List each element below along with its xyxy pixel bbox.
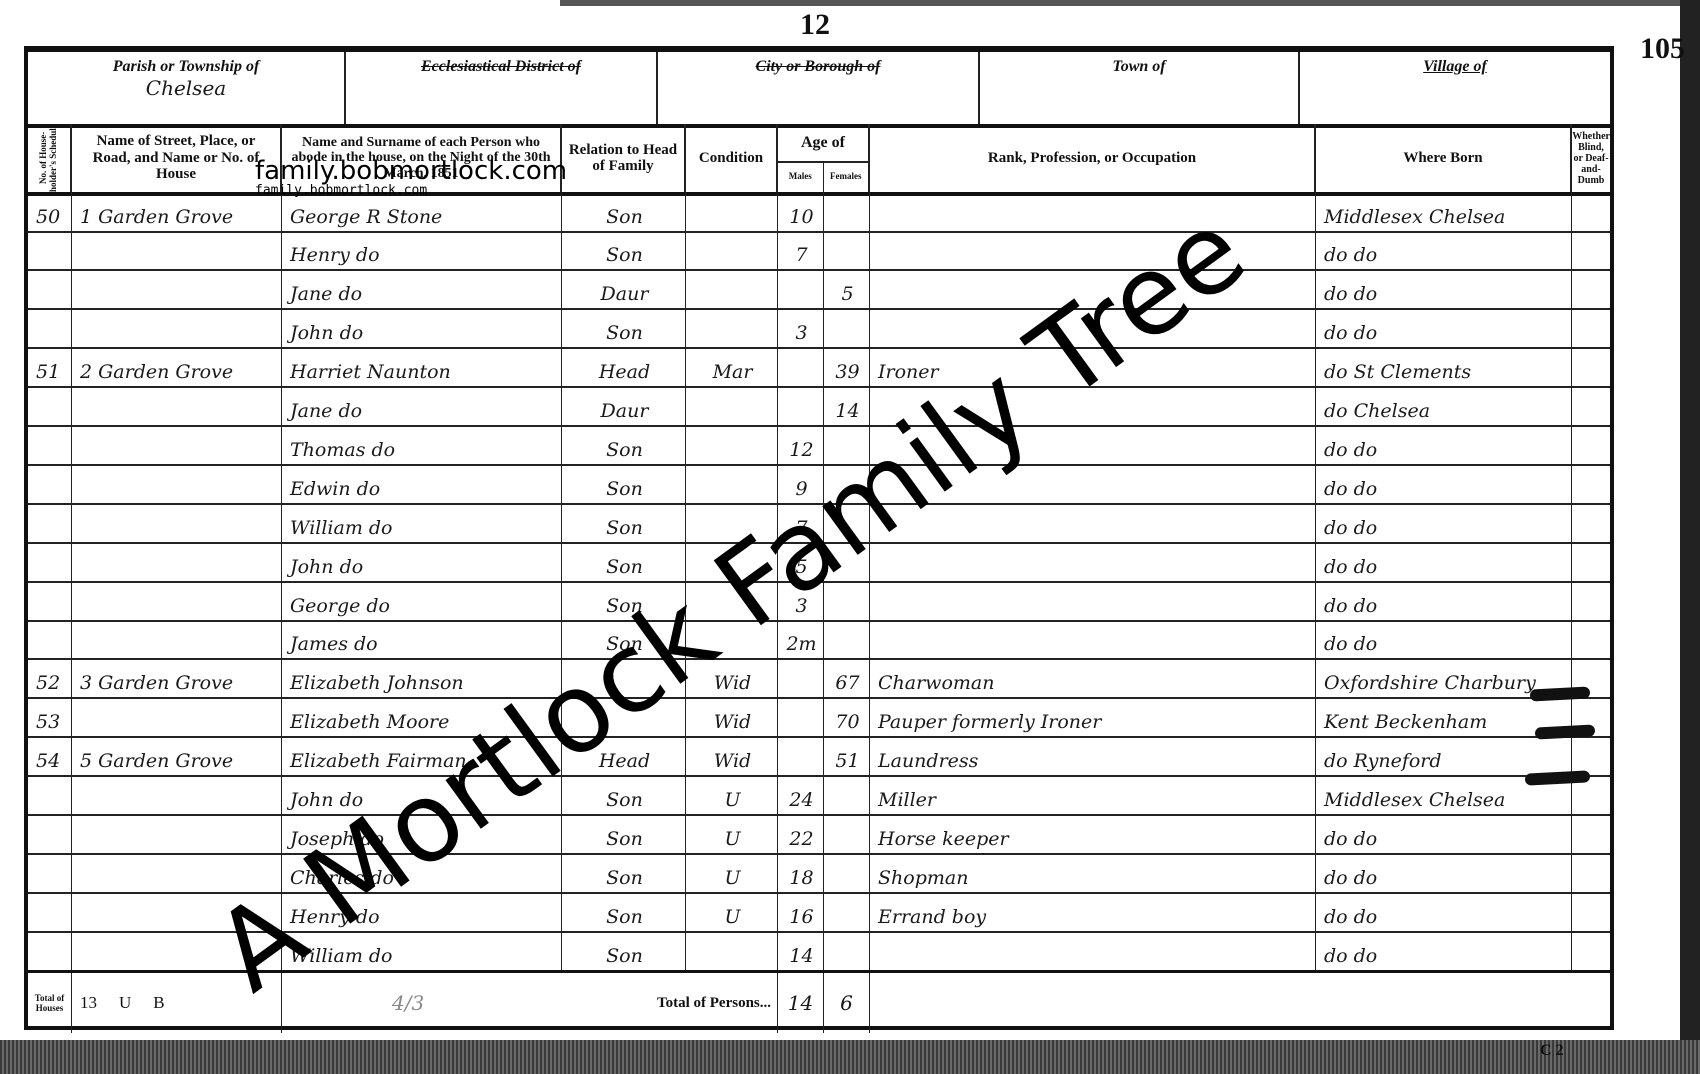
cell-occupation: Miller bbox=[870, 776, 1316, 815]
cell-condition: U bbox=[686, 853, 778, 892]
cell-male-age: 10 bbox=[778, 192, 824, 231]
cell-female-age bbox=[824, 853, 870, 892]
houses-count: 13 bbox=[80, 993, 97, 1013]
cell-blind bbox=[1572, 853, 1610, 892]
cell-male-age: 24 bbox=[778, 776, 824, 815]
footer-mark: C 2 bbox=[1540, 1042, 1564, 1060]
cell-street bbox=[72, 309, 282, 348]
folio-number-right: 105 bbox=[1640, 32, 1685, 66]
cell-condition bbox=[686, 231, 778, 270]
cell-born: do do bbox=[1316, 425, 1572, 464]
cell-condition bbox=[686, 309, 778, 348]
table-row: Jane doDaur5do do bbox=[28, 270, 1610, 311]
town-label: Town of bbox=[980, 52, 1300, 124]
cell-relation: Son bbox=[562, 309, 686, 348]
table-row: John doSon3do do bbox=[28, 309, 1610, 350]
cell-relation: Son bbox=[562, 192, 686, 231]
cell-schedule: 52 bbox=[28, 659, 72, 698]
watermark-url-large: family.bobmortlock.com bbox=[255, 156, 567, 186]
col-blind: Whether Blind, or Deaf-and-Dumb bbox=[1572, 124, 1610, 192]
cell-female-age bbox=[824, 892, 870, 931]
cell-schedule bbox=[28, 931, 72, 970]
cell-male-age bbox=[778, 737, 824, 776]
cell-street bbox=[72, 620, 282, 659]
cell-male-age bbox=[778, 387, 824, 426]
cell-street: 1 Garden Grove bbox=[72, 192, 282, 231]
cell-condition bbox=[686, 931, 778, 970]
cell-schedule bbox=[28, 387, 72, 426]
cell-condition bbox=[686, 425, 778, 464]
table-row: Jane doDaur14do Chelsea bbox=[28, 387, 1610, 428]
cell-street bbox=[72, 814, 282, 853]
cell-born: do do bbox=[1316, 231, 1572, 270]
total-persons-cell: 4/3 Total of Persons... bbox=[282, 973, 778, 1033]
cell-street: 5 Garden Grove bbox=[72, 737, 282, 776]
cell-street bbox=[72, 387, 282, 426]
cell-relation: Son bbox=[562, 814, 686, 853]
cell-schedule bbox=[28, 892, 72, 931]
cell-born: do Chelsea bbox=[1316, 387, 1572, 426]
scan-bottom-edge bbox=[0, 1040, 1700, 1074]
admin-header: Parish or Township of Chelsea Ecclesiast… bbox=[28, 52, 1610, 128]
cell-born: Kent Beckenham bbox=[1316, 698, 1572, 737]
cell-occupation: Errand boy bbox=[870, 892, 1316, 931]
cell-schedule bbox=[28, 581, 72, 620]
cell-condition: U bbox=[686, 814, 778, 853]
col-age: Age of Males Females bbox=[778, 124, 870, 192]
cell-occupation bbox=[870, 542, 1316, 581]
col-schedule: No. of House-holder's Schedule bbox=[28, 124, 72, 192]
cell-relation: Son bbox=[562, 425, 686, 464]
cell-relation: Son bbox=[562, 464, 686, 503]
table-row: James doSon2mdo do bbox=[28, 620, 1610, 661]
cell-female-age: 70 bbox=[824, 698, 870, 737]
col-relation: Relation to Head of Family bbox=[562, 124, 686, 192]
cell-occupation bbox=[870, 581, 1316, 620]
cell-blind bbox=[1572, 892, 1610, 931]
cell-female-age: 5 bbox=[824, 270, 870, 309]
cell-street bbox=[72, 425, 282, 464]
totals-blank bbox=[870, 973, 1610, 1033]
cell-schedule: 50 bbox=[28, 192, 72, 231]
cell-schedule bbox=[28, 425, 72, 464]
cell-schedule bbox=[28, 309, 72, 348]
cell-occupation: Pauper formerly Ironer bbox=[870, 698, 1316, 737]
cell-schedule bbox=[28, 464, 72, 503]
cell-female-age bbox=[824, 814, 870, 853]
cell-street bbox=[72, 581, 282, 620]
building-label: B bbox=[153, 993, 164, 1013]
cell-schedule bbox=[28, 853, 72, 892]
cell-born: do do bbox=[1316, 581, 1572, 620]
village-label: Village of bbox=[1300, 52, 1610, 124]
cell-blind bbox=[1572, 620, 1610, 659]
tally-note: 4/3 bbox=[392, 991, 424, 1015]
cell-born: do do bbox=[1316, 503, 1572, 542]
cell-female-age bbox=[824, 931, 870, 970]
cell-blind bbox=[1572, 425, 1610, 464]
cell-blind bbox=[1572, 814, 1610, 853]
cell-occupation: Shopman bbox=[870, 853, 1316, 892]
cell-born: do do bbox=[1316, 542, 1572, 581]
cell-condition bbox=[686, 387, 778, 426]
cell-street: 3 Garden Grove bbox=[72, 659, 282, 698]
cell-female-age: 51 bbox=[824, 737, 870, 776]
city-label: City or Borough of bbox=[658, 52, 980, 124]
cell-schedule: 51 bbox=[28, 348, 72, 387]
table-row: 53Elizabeth MooreWid70Pauper formerly Ir… bbox=[28, 698, 1610, 739]
cell-blind bbox=[1572, 931, 1610, 970]
total-persons-label: Total of Persons... bbox=[657, 995, 771, 1012]
table-row: 501 Garden GroveGeorge R StoneSon10Middl… bbox=[28, 192, 1610, 233]
cell-occupation bbox=[870, 620, 1316, 659]
cell-blind bbox=[1572, 464, 1610, 503]
cell-born: do do bbox=[1316, 620, 1572, 659]
scan-top-edge bbox=[560, 0, 1700, 6]
cell-relation: Daur bbox=[562, 387, 686, 426]
col-condition: Condition bbox=[686, 124, 778, 192]
cell-male-age bbox=[778, 348, 824, 387]
cell-male-age: 16 bbox=[778, 892, 824, 931]
cell-name: Henry do bbox=[282, 231, 562, 270]
cell-female-age bbox=[824, 231, 870, 270]
cell-relation: Head bbox=[562, 348, 686, 387]
cell-male-age: 3 bbox=[778, 309, 824, 348]
cell-schedule bbox=[28, 620, 72, 659]
cell-schedule bbox=[28, 503, 72, 542]
cell-name: William do bbox=[282, 503, 562, 542]
cell-condition bbox=[686, 270, 778, 309]
cell-schedule bbox=[28, 231, 72, 270]
cell-relation: Son bbox=[562, 853, 686, 892]
cell-name: Thomas do bbox=[282, 425, 562, 464]
table-row: Henry doSon7do do bbox=[28, 231, 1610, 272]
cell-male-age bbox=[778, 698, 824, 737]
females-total: 6 bbox=[824, 973, 870, 1033]
cell-male-age bbox=[778, 270, 824, 309]
cell-name: John do bbox=[282, 542, 562, 581]
cell-male-age bbox=[778, 659, 824, 698]
cell-born: do do bbox=[1316, 464, 1572, 503]
cell-blind bbox=[1572, 231, 1610, 270]
cell-condition: U bbox=[686, 892, 778, 931]
cell-female-age bbox=[824, 192, 870, 231]
cell-condition bbox=[686, 192, 778, 231]
cell-street: 2 Garden Grove bbox=[72, 348, 282, 387]
cell-blind bbox=[1572, 581, 1610, 620]
table-row: Joseph doSonU22Horse keeperdo do bbox=[28, 814, 1610, 855]
males-total: 14 bbox=[778, 973, 824, 1033]
cell-schedule: 54 bbox=[28, 737, 72, 776]
cell-male-age: 7 bbox=[778, 231, 824, 270]
cell-female-age: 67 bbox=[824, 659, 870, 698]
cell-schedule bbox=[28, 542, 72, 581]
parish-label: Parish or Township of bbox=[28, 58, 344, 76]
cell-occupation bbox=[870, 931, 1316, 970]
cell-female-age bbox=[824, 620, 870, 659]
cell-street bbox=[72, 776, 282, 815]
scan-right-edge bbox=[1680, 0, 1700, 1074]
cell-relation: Son bbox=[562, 503, 686, 542]
cell-blind bbox=[1572, 270, 1610, 309]
cell-born: do St Clements bbox=[1316, 348, 1572, 387]
cell-blind bbox=[1572, 387, 1610, 426]
cell-street bbox=[72, 698, 282, 737]
watermark-url-small: family.bobmortlock.com bbox=[255, 183, 427, 198]
cell-female-age bbox=[824, 776, 870, 815]
cell-blind bbox=[1572, 503, 1610, 542]
parish-value: Chelsea bbox=[28, 76, 344, 100]
cell-name: Jane do bbox=[282, 387, 562, 426]
cell-condition: Wid bbox=[686, 698, 778, 737]
cell-relation: Son bbox=[562, 892, 686, 931]
cell-street bbox=[72, 270, 282, 309]
cell-blind bbox=[1572, 309, 1610, 348]
cell-blind bbox=[1572, 192, 1610, 231]
cell-born: do do bbox=[1316, 814, 1572, 853]
parish-cell: Parish or Township of Chelsea bbox=[28, 52, 346, 124]
cell-blind bbox=[1572, 348, 1610, 387]
cell-occupation: Laundress bbox=[870, 737, 1316, 776]
cell-name: John do bbox=[282, 309, 562, 348]
table-row: John doSonU24MillerMiddlesex Chelsea bbox=[28, 776, 1610, 817]
table-row: 523 Garden GroveElizabeth JohnsonWid67Ch… bbox=[28, 659, 1610, 700]
cell-name: Harriet Naunton bbox=[282, 348, 562, 387]
cell-occupation: Charwoman bbox=[870, 659, 1316, 698]
cell-male-age: 14 bbox=[778, 931, 824, 970]
folio-number-left: 12 bbox=[800, 8, 830, 42]
cell-born: do do bbox=[1316, 270, 1572, 309]
total-houses-label: Total of Houses bbox=[28, 973, 72, 1033]
cell-blind bbox=[1572, 542, 1610, 581]
cell-born: do do bbox=[1316, 931, 1572, 970]
cell-schedule bbox=[28, 776, 72, 815]
uninhabited-label: U bbox=[119, 993, 131, 1013]
cell-relation: Daur bbox=[562, 270, 686, 309]
cell-condition: Wid bbox=[686, 737, 778, 776]
cell-male-age: 22 bbox=[778, 814, 824, 853]
cell-born: do Ryneford bbox=[1316, 737, 1572, 776]
ecclesiastical-label: Ecclesiastical District of bbox=[346, 52, 658, 124]
cell-born: do do bbox=[1316, 309, 1572, 348]
cell-born: Middlesex Chelsea bbox=[1316, 192, 1572, 231]
cell-born: do do bbox=[1316, 853, 1572, 892]
col-where-born: Where Born bbox=[1316, 124, 1572, 192]
cell-female-age: 14 bbox=[824, 387, 870, 426]
cell-name: James do bbox=[282, 620, 562, 659]
cell-occupation: Horse keeper bbox=[870, 814, 1316, 853]
cell-female-age bbox=[824, 309, 870, 348]
cell-schedule bbox=[28, 814, 72, 853]
cell-condition: Mar bbox=[686, 348, 778, 387]
cell-blind bbox=[1572, 737, 1610, 776]
cell-condition: U bbox=[686, 776, 778, 815]
cell-name: Jane do bbox=[282, 270, 562, 309]
cell-male-age: 18 bbox=[778, 853, 824, 892]
col-occupation: Rank, Profession, or Occupation bbox=[870, 124, 1316, 192]
cell-relation: Son bbox=[562, 231, 686, 270]
table-row: 512 Garden GroveHarriet NauntonHeadMar39… bbox=[28, 348, 1610, 389]
cell-street bbox=[72, 464, 282, 503]
cell-street bbox=[72, 503, 282, 542]
cell-relation: Son bbox=[562, 931, 686, 970]
cell-street bbox=[72, 542, 282, 581]
table-row: 545 Garden GroveElizabeth FairmanHeadWid… bbox=[28, 737, 1610, 778]
cell-name: George do bbox=[282, 581, 562, 620]
cell-street bbox=[72, 231, 282, 270]
cell-occupation bbox=[870, 192, 1316, 231]
col-street: Name of Street, Place, or Road, and Name… bbox=[72, 124, 282, 192]
cell-born: do do bbox=[1316, 892, 1572, 931]
cell-female-age: 39 bbox=[824, 348, 870, 387]
cell-schedule bbox=[28, 270, 72, 309]
cell-name: Edwin do bbox=[282, 464, 562, 503]
cell-schedule: 53 bbox=[28, 698, 72, 737]
